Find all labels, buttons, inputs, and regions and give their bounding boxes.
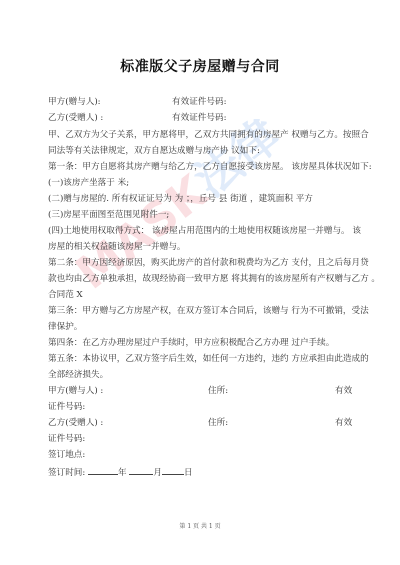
signature-party-a-valid: 有效 [335,386,352,397]
intro-line: 同法等有关法律规定，双方自愿达成赠与房产协 议如下: [48,146,260,157]
article-1: 第一条：甲方自愿将其房产赠与给乙方，乙方自愿接受该房屋。 该房屋具体状况如下: [48,162,372,173]
article-2: 合同范 X [48,290,83,301]
document-title: 标准版父子房屋赠与合同 [0,56,400,76]
signature-party-b-address: 住所: [208,418,228,429]
signature-party-b-id: 证件号码: [48,434,85,445]
article-1-item-4: 房屋的相关权益随该房屋一并赠与。 [48,242,186,253]
party-a-id-label: 有效证件号码: [172,97,226,108]
month-label: 月 [153,468,162,478]
signing-time-row: 签订时间: 年 月日 [48,466,193,479]
party-b-id-label: 有效证件号码: [172,113,226,124]
article-1-item-4: (四)土地使用权取得方式： 该房屋占用范围内的土地使用权随该房屋一并赠与。 该 [48,226,361,237]
article-1-item-1: (一)该房产坐落于 米; [48,178,129,189]
signing-place: 签订地点: [48,450,85,461]
article-2: 款也均由乙方单独承担，故现经协商一致甲方愿 将其拥有的该房屋所有产权赠与乙方 。 [48,274,380,285]
party-a-row: 甲方(赠与人): 有效证件号码: [48,97,101,108]
document-page: MASK法律 标准版父子房屋赠与合同 甲方(赠与人): 有效证件号码: 乙方(受… [0,0,400,565]
year-label: 年 [118,468,127,478]
day-blank [162,466,184,475]
article-5: 第五条：本协议甲，乙双方签字后生效，如任何一方违约，违约 方应承担由此造成的 [48,354,369,365]
article-4: 第四条：在乙方办理房屋过户手续时，甲方应积极配合乙方办理 过户手续。 [48,338,334,349]
year-blank [88,466,118,475]
signature-party-b-row: 乙方(受赠人) : 住所: 有效 [48,418,358,429]
article-1-item-3: (三)房屋平面图至范围见附件一; [48,210,169,221]
intro-line: 甲、乙双方为父子关系，甲方愿将甲，乙双方共同拥有的房屋产 权赠与乙方。按照合 [48,130,369,141]
party-b-label: 乙方(受赠人) : [48,113,103,123]
article-2: 第二条：甲方因经济原因，购买此房产的首付款和税费均为乙方 支付，且之后每月贷 [48,258,369,269]
signature-party-a-row: 甲方(赠与人) : 住所: 有效 [48,386,358,397]
signature-party-b-label: 乙方(受赠人) : [48,418,103,428]
party-b-row: 乙方(受赠人) : 有效证件号码: [48,113,103,124]
signature-party-a-id: 证件号码: [48,402,85,413]
party-a-label: 甲方(赠与人): [48,97,101,107]
article-1-item-2: (二)赠与房屋的. 所有权证证号为 为 ；，丘号 县 街道 ，建筑面积 平方 [48,194,313,205]
article-3: 第三条：甲方赠与乙方房屋产权，在双方签订本合同后，该赠与 行为不可撤销，受法 [48,306,369,317]
month-blank [129,466,153,475]
signature-party-a-address: 住所: [208,386,228,397]
article-3: 律保护。 [48,322,82,333]
page-footer: 第 1 页 共 1 页 [0,521,400,530]
signature-party-a-label: 甲方(赠与人) : [48,386,103,396]
signing-time-label: 签订时间: [48,468,85,478]
article-5: 全部经济损失。 [48,370,108,381]
day-label: 日 [184,468,193,478]
signature-party-b-valid: 有效 [335,418,352,429]
